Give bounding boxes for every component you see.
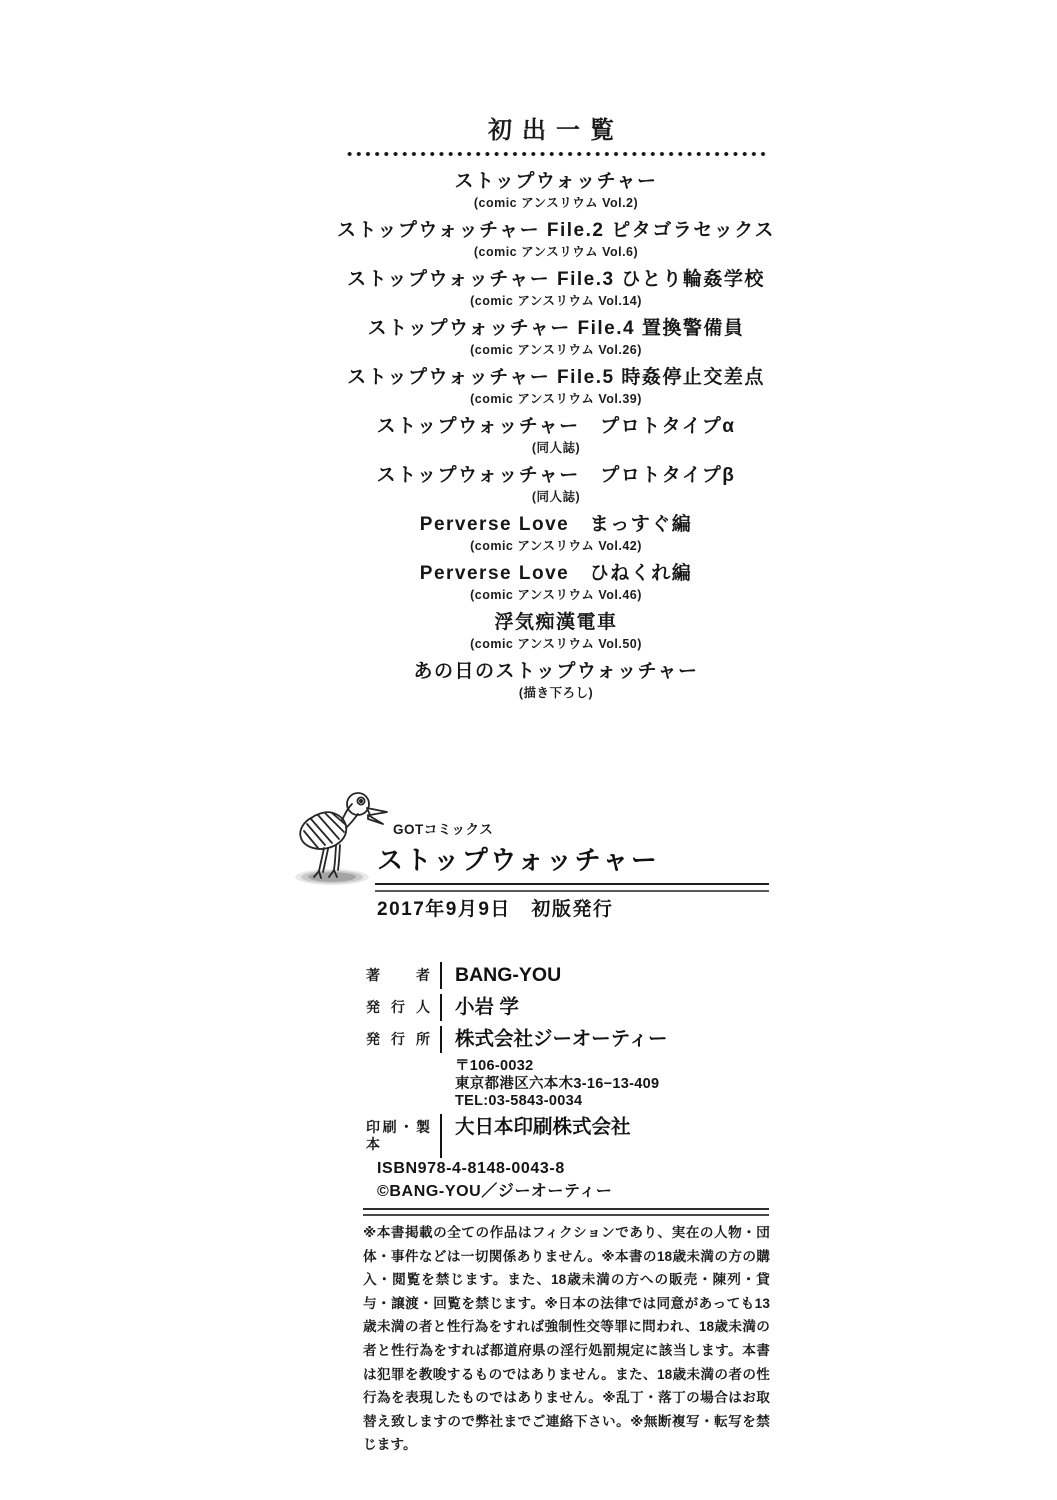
work-source: (comic アンスリウム Vol.6)	[240, 244, 872, 261]
work-entry: あの日のストップウォッチャー (描き下ろし)	[240, 659, 872, 702]
double-rule	[363, 1208, 769, 1216]
colophon-page: 初出一覧 ストップウォッチャー (comic アンスリウム Vol.2) ストッ…	[0, 0, 1057, 1500]
page-title: 初出一覧	[345, 110, 767, 145]
credit-label: 発行所	[366, 1026, 440, 1053]
edition-date: 2017年9月9日 初版発行	[377, 894, 613, 921]
work-source: (comic アンスリウム Vol.46)	[240, 587, 872, 604]
work-title: ストップウォッチャー File.3 ひとり輪姦学校	[240, 267, 872, 293]
work-entry: 浮気痴漢電車 (comic アンスリウム Vol.50)	[240, 610, 872, 653]
credit-value: 大日本印刷株式会社	[442, 1114, 631, 1141]
work-source: (comic アンスリウム Vol.14)	[240, 293, 872, 310]
work-source: (comic アンスリウム Vol.2)	[240, 195, 872, 212]
book-title: ストップウォッチャー	[377, 840, 659, 877]
work-title: Perverse Love まっすぐ編	[240, 512, 872, 538]
legal-disclaimer: ※本書掲載の全ての作品はフィクションであり、実在の人物・団体・事件などは一切関係…	[363, 1221, 770, 1457]
work-title: ストップウォッチャー File.5 時姦停止交差点	[240, 365, 872, 391]
work-source: (comic アンスリウム Vol.42)	[240, 538, 872, 555]
work-entry: ストップウォッチャー File.4 置換警備員 (comic アンスリウム Vo…	[240, 316, 872, 359]
double-rule	[375, 883, 769, 892]
work-entry: ストップウォッチャー プロトタイプβ (同人誌)	[240, 463, 872, 506]
work-source: (同人誌)	[240, 440, 872, 457]
work-entry: ストップウォッチャー File.2 ピタゴラセックス (comic アンスリウム…	[240, 218, 872, 261]
work-source: (comic アンスリウム Vol.26)	[240, 342, 872, 359]
publisher-address: 〒106-0032 東京都港区六本木3-16−13-409 TEL:03-584…	[455, 1058, 786, 1111]
work-entry: Perverse Love まっすぐ編 (comic アンスリウム Vol.42…	[240, 512, 872, 555]
isbn-number: ISBN978-4-8148-0043-8	[377, 1158, 613, 1181]
copyright-line: ©BANG-YOU／ジーオーティー	[377, 1181, 613, 1204]
credit-row-printer: 印刷・製本 大日本印刷株式会社	[366, 1114, 786, 1158]
credit-value: 小岩 学	[442, 994, 519, 1021]
isbn-block: ISBN978-4-8148-0043-8 ©BANG-YOU／ジーオーティー	[377, 1158, 613, 1203]
work-title: ストップウォッチャー	[240, 169, 872, 195]
work-title: ストップウォッチャー プロトタイプα	[240, 414, 872, 440]
credit-row-publishing-house: 発行所 株式会社ジーオーティー	[366, 1026, 786, 1053]
work-source: (comic アンスリウム Vol.39)	[240, 391, 872, 408]
work-title: ストップウォッチャー プロトタイプβ	[240, 463, 872, 489]
work-source: (描き下ろし)	[240, 685, 872, 702]
work-source: (comic アンスリウム Vol.50)	[240, 636, 872, 653]
work-entry: ストップウォッチャー プロトタイプα (同人誌)	[240, 414, 872, 457]
work-title: 浮気痴漢電車	[240, 610, 872, 636]
credit-row-author: 著者 BANG-YOU	[366, 962, 786, 989]
credits-table: 著者 BANG-YOU 発行人 小岩 学 発行所 株式会社ジーオーティー 〒10…	[366, 962, 786, 1163]
postal-code: 〒106-0032	[455, 1058, 786, 1076]
work-title: あの日のストップウォッチャー	[240, 659, 872, 685]
credit-label: 発行人	[366, 994, 440, 1021]
credit-row-publisher-person: 発行人 小岩 学	[366, 994, 786, 1021]
credit-value: BANG-YOU	[442, 962, 561, 989]
address-line: 東京都港区六本木3-16−13-409	[455, 1076, 786, 1094]
work-entry: ストップウォッチャー File.3 ひとり輪姦学校 (comic アンスリウム …	[240, 267, 872, 310]
credit-value: 株式会社ジーオーティー	[442, 1026, 668, 1053]
dotted-divider	[345, 151, 768, 157]
first-publication-list: ストップウォッチャー (comic アンスリウム Vol.2) ストップウォッチ…	[240, 169, 872, 708]
work-entry: Perverse Love ひねくれ編 (comic アンスリウム Vol.46…	[240, 561, 872, 604]
work-entry: ストップウォッチャー File.5 時姦停止交差点 (comic アンスリウム …	[240, 365, 872, 408]
credit-label: 印刷・製本	[366, 1114, 440, 1158]
credit-label: 著者	[366, 962, 440, 989]
work-title: ストップウォッチャー File.2 ピタゴラセックス	[240, 218, 872, 244]
work-entry: ストップウォッチャー (comic アンスリウム Vol.2)	[240, 169, 872, 212]
work-title: ストップウォッチャー File.4 置換警備員	[240, 316, 872, 342]
phone-line: TEL:03-5843-0034	[455, 1093, 786, 1111]
imprint-label: GOTコミックス	[393, 818, 493, 838]
work-source: (同人誌)	[240, 489, 872, 506]
work-title: Perverse Love ひねくれ編	[240, 561, 872, 587]
